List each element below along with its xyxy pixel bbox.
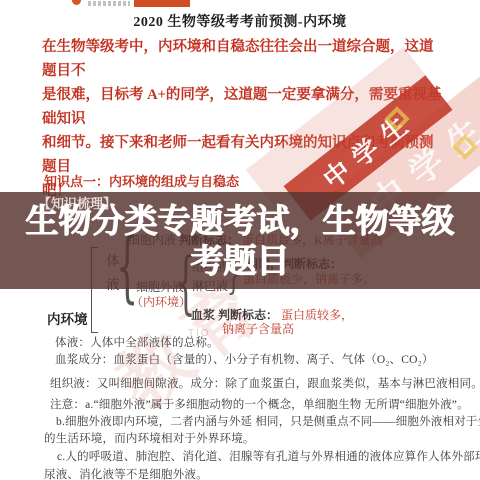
- overlay-headline: 生物分类专题考试，生物等级 考题目: [0, 201, 480, 281]
- headline-line-2: 考题目: [0, 241, 480, 281]
- headline-line-1: 生物分类专题考试，生物等级: [0, 201, 480, 241]
- note-line: b.细胞外液即内环境，二者内涵与外延 相同，只是侧重点不同——细胞外液相对于生物…: [56, 413, 480, 429]
- note-line: 体液：人体中全部液体的总称。: [55, 334, 219, 350]
- document-page: 2020 生物等级考考前预测-内环境 在生物等级考中，内环境和自稳态往往会出一道…: [0, 0, 480, 480]
- note-line: 尿液、消化液等不是细胞外液。: [44, 466, 208, 480]
- note-line: 注意：a.“细胞外液”属于多细胞动物的一个概念，单细胞生物 无所谓“细胞外液”。: [50, 396, 469, 412]
- note-line: 血浆成分：血浆蛋白（含量的）、小分子有机物、离子、气体（O₂、CO₂）: [55, 351, 434, 367]
- headline-overlay-banner: 【知识梳理】 生物分类专题考试，生物等级 考题目: [0, 192, 480, 289]
- note-line: 的生活环境，而内环境相对于外界环境。: [44, 430, 255, 446]
- note-line: 组织液：又叫细胞间隙液。成分：除了血浆蛋白，跟血浆类似，基本与淋巴液相同。: [50, 375, 480, 391]
- note-line: c.人的呼吸道、肺泡腔、消化道、泪腺等有孔道与外界相通的液体应算作人体外部环境，…: [57, 448, 480, 464]
